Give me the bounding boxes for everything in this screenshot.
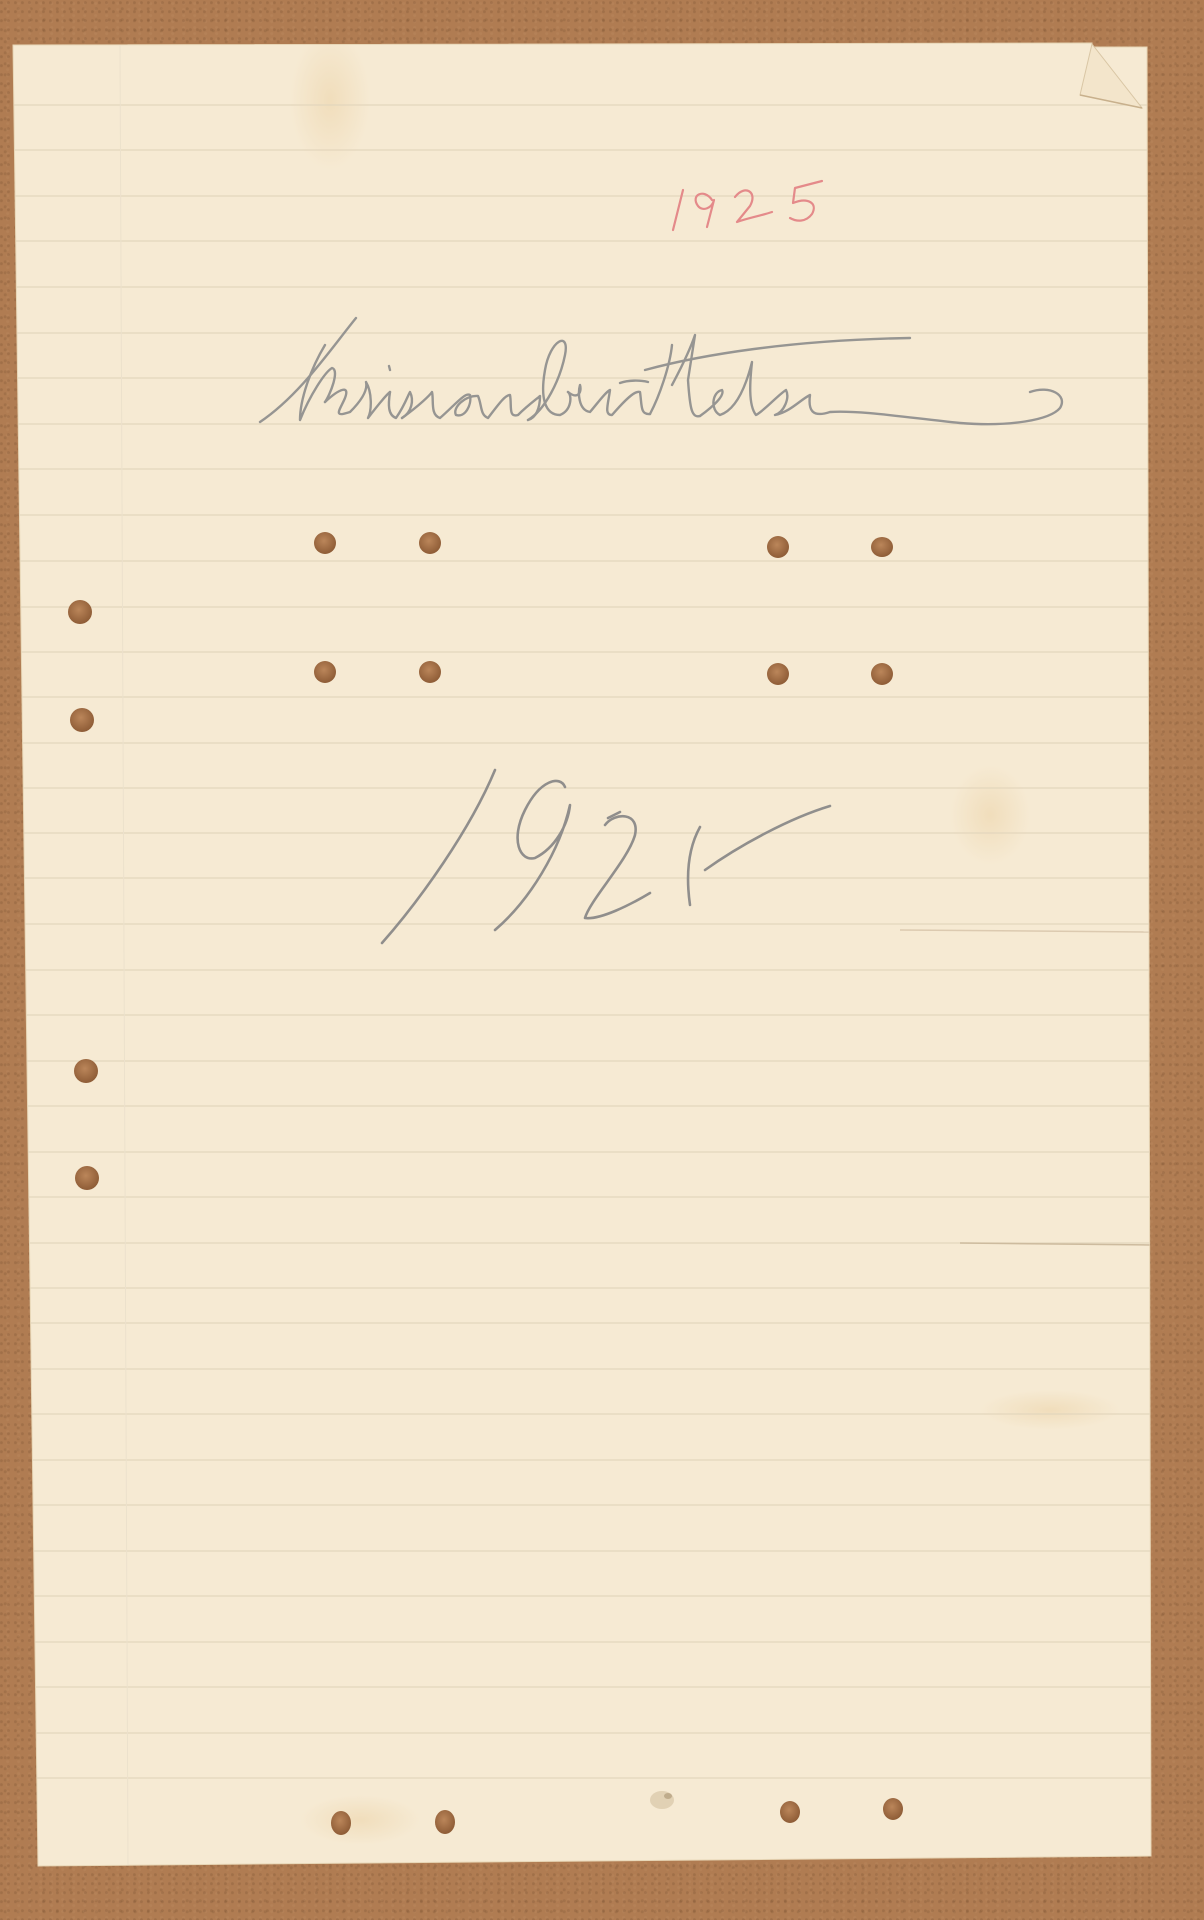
paper-sheet bbox=[13, 43, 1151, 1866]
punch-hole bbox=[419, 532, 441, 554]
punch-hole bbox=[767, 663, 789, 685]
scanned-document-board: Revisionsberättelse 1925 1925 bbox=[0, 0, 1204, 1920]
punch-hole bbox=[314, 661, 336, 683]
punch-hole bbox=[767, 536, 789, 558]
punch-hole bbox=[871, 663, 893, 685]
punch-hole bbox=[331, 1811, 351, 1835]
punch-hole bbox=[419, 661, 441, 683]
punch-hole bbox=[871, 537, 893, 557]
punch-hole bbox=[75, 1166, 99, 1190]
punch-hole bbox=[70, 708, 94, 732]
punch-hole bbox=[74, 1059, 98, 1083]
punch-hole bbox=[883, 1798, 903, 1820]
punch-hole bbox=[435, 1810, 455, 1834]
punch-hole bbox=[68, 600, 92, 624]
document-scene bbox=[0, 0, 1204, 1920]
bottom-smudge bbox=[650, 1791, 674, 1809]
punch-hole bbox=[780, 1801, 800, 1823]
punch-hole bbox=[314, 532, 336, 554]
